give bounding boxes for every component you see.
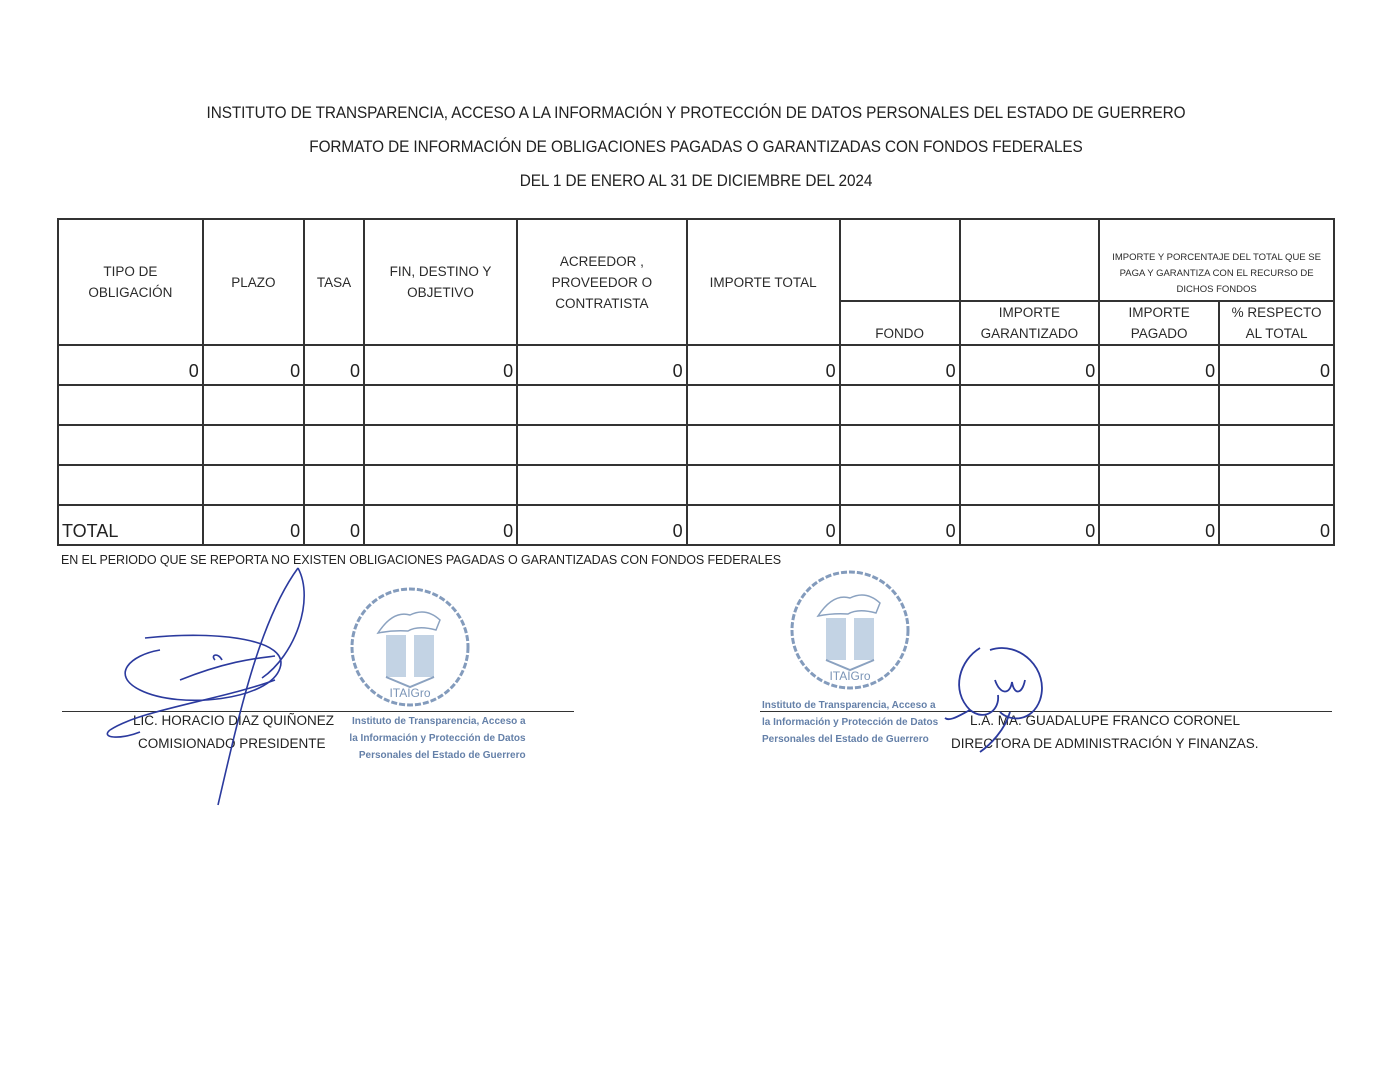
total-cell: 0 [1099, 505, 1219, 545]
header-tipo: TIPO DE OBLIGACIÓN [58, 219, 203, 345]
format-title: FORMATO DE INFORMACIÓN DE OBLIGACIONES P… [49, 130, 1344, 164]
table-cell: 0 [304, 345, 364, 385]
institution-title: INSTITUTO DE TRANSPARENCIA, ACCESO A LA … [49, 96, 1344, 130]
table-cell [840, 465, 960, 505]
header-fin: FIN, DESTINO Y OBJETIVO [364, 219, 517, 345]
header-group: IMPORTE Y PORCENTAJE DEL TOTAL QUE SE PA… [1099, 219, 1334, 301]
svg-text:ITAIGro: ITAIGro [829, 669, 870, 683]
table-cell: 0 [364, 345, 517, 385]
table-cell [203, 425, 304, 465]
svg-text:ITAIGro: ITAIGro [389, 686, 430, 700]
table-cell [1099, 425, 1219, 465]
table-cell: 0 [960, 345, 1100, 385]
total-cell: 0 [687, 505, 840, 545]
table-row [58, 425, 1334, 465]
header-tasa: TASA [304, 219, 364, 345]
table-cell [960, 385, 1100, 425]
table-cell [58, 425, 203, 465]
table-cell [58, 465, 203, 505]
table-cell [304, 385, 364, 425]
total-cell: 0 [840, 505, 960, 545]
table-cell: 0 [840, 345, 960, 385]
table-cell [58, 385, 203, 425]
total-cell: 0 [960, 505, 1100, 545]
table-cell: 0 [687, 345, 840, 385]
total-cell: 0 [364, 505, 517, 545]
president-signature-icon [100, 560, 350, 820]
table-cell [304, 425, 364, 465]
table-cell: 0 [203, 345, 304, 385]
table-cell: 0 [58, 345, 203, 385]
table-cell [517, 425, 687, 465]
table-cell [1219, 465, 1334, 505]
institution-stamp-icon: ITAIGro [788, 568, 912, 692]
header-acreedor: ACREEDOR , PROVEEDOR O CONTRATISTA [517, 219, 687, 345]
header-plazo: PLAZO [203, 219, 304, 345]
header-importe-total: IMPORTE TOTAL [687, 219, 840, 345]
table-cell [364, 385, 517, 425]
table-row [58, 385, 1334, 425]
table-cell [304, 465, 364, 505]
header-fondo: FONDO [840, 301, 960, 345]
table-cell [687, 425, 840, 465]
table-cell [364, 425, 517, 465]
table-cell [840, 385, 960, 425]
table-cell [687, 465, 840, 505]
table-cell [960, 465, 1100, 505]
header-importe-pagado: IMPORTE PAGADO [1099, 301, 1219, 345]
stamp-text-president: Instituto de Transparencia, Acceso a la … [322, 713, 526, 764]
header-pct-total: % RESPECTO AL TOTAL [1219, 301, 1334, 345]
table-cell [203, 465, 304, 505]
total-cell: 0 [1219, 505, 1334, 545]
total-cell: 0 [517, 505, 687, 545]
header-blank-fondo [840, 219, 960, 301]
table-row [58, 465, 1334, 505]
table-cell [1219, 425, 1334, 465]
total-cell: 0 [203, 505, 304, 545]
total-label: TOTAL [58, 505, 203, 545]
obligations-table: TIPO DE OBLIGACIÓN PLAZO TASA FIN, DESTI… [57, 218, 1335, 546]
table-cell [840, 425, 960, 465]
table-cell: 0 [517, 345, 687, 385]
stamp-text-director: Instituto de Transparencia, Acceso a la … [762, 697, 938, 748]
table-cell [364, 465, 517, 505]
total-row: TOTAL000000000 [58, 505, 1334, 545]
table-row: 0000000000 [58, 345, 1334, 385]
director-signature-icon [940, 640, 1060, 760]
total-cell: 0 [304, 505, 364, 545]
header-blank-garantizado [960, 219, 1100, 301]
table-cell [517, 465, 687, 505]
period-title: DEL 1 DE ENERO AL 31 DE DICIEMBRE DEL 20… [49, 164, 1344, 198]
table-cell [1219, 385, 1334, 425]
document-header: INSTITUTO DE TRANSPARENCIA, ACCESO A LA … [0, 96, 1392, 198]
table-cell: 0 [1099, 345, 1219, 385]
header-importe-garantizado: IMPORTE GARANTIZADO [960, 301, 1100, 345]
table-cell: 0 [1219, 345, 1334, 385]
table-cell [203, 385, 304, 425]
institution-stamp-icon: ITAIGro [348, 585, 472, 709]
table-cell [687, 385, 840, 425]
table-cell [517, 385, 687, 425]
table-cell [1099, 465, 1219, 505]
table-cell [1099, 385, 1219, 425]
table-cell [960, 425, 1100, 465]
